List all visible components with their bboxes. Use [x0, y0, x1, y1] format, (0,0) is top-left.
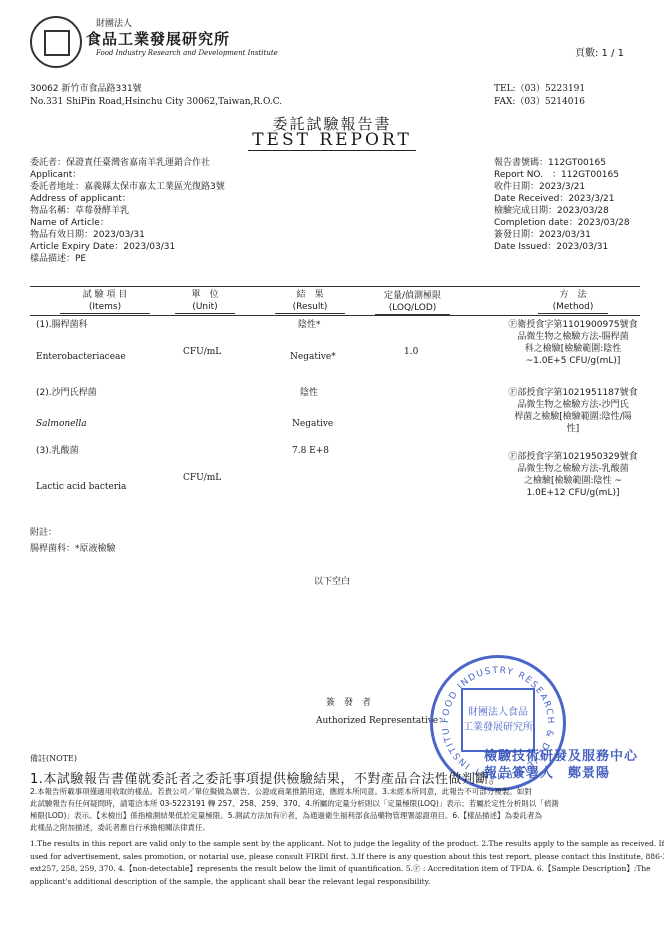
th-loq: 定量/偵測極限 (LOQ/LOD) [375, 290, 450, 315]
th-loq-en: (LOQ/LOD) [375, 302, 450, 315]
remarks-label: 附註： [30, 527, 57, 539]
report-title-en-text: TEST REPORT [248, 130, 416, 151]
seal-center: 財團法人食品 工業發展研究所 [461, 688, 535, 752]
th-result-en: (Result) [275, 301, 345, 314]
date-received-en: Date Received：2023/3/21 [494, 193, 630, 205]
institute-logo [30, 16, 82, 68]
result-en: Negative [292, 418, 333, 430]
completion-en: Completion date：2023/03/28 [494, 217, 630, 229]
th-result-cn: 結 果 [275, 289, 345, 301]
expiry-cn: 物品有效日期：2023/03/31 [30, 229, 225, 241]
method-line: Ⓕ部授食字第1021951187號食 [498, 387, 648, 399]
seal-line: 工業發展研究所 [463, 720, 533, 735]
info-right: 報告書號碼：112GT00165 Report NO. ：112GT00165 … [494, 157, 630, 253]
method-line: 科之檢驗[檢驗範圍:陰性 [498, 343, 648, 355]
address-cn: 30062 新竹市食品路331號 [30, 83, 142, 95]
item-en: Lactic acid bacteria [36, 481, 126, 493]
method-line: 品微生物之檢驗方法-腸桿菌 [498, 331, 648, 343]
method-line: Ⓕ部授食字第1021950329號食 [498, 451, 648, 463]
result-cn: 陰性* [298, 319, 321, 331]
unit: CFU/mL [183, 472, 221, 484]
result-en: Negative* [290, 351, 336, 363]
item-cn: (1).腸桿菌科 [36, 319, 88, 331]
item-cn: (2).沙門氏桿菌 [36, 387, 97, 399]
th-result: 結 果 (Result) [275, 289, 345, 314]
th-method-en: (Method) [538, 301, 608, 314]
th-unit-cn: 單 位 [175, 289, 235, 301]
expiry-en: Article Expiry Date：2023/03/31 [30, 241, 225, 253]
report-no-cn: 報告書號碼：112GT00165 [494, 157, 630, 169]
th-items-en: (Items) [60, 301, 150, 314]
blank-below: 以下空白 [0, 576, 664, 588]
result: 7.8 E+8 [292, 445, 329, 457]
table-header-rule [30, 315, 640, 316]
issued-cn: 簽發日期：2023/03/31 [494, 229, 630, 241]
method-line: 之檢驗[檢驗範圍:陰性 ~ [498, 475, 648, 487]
notes-en: 1.The results in this report are valid o… [30, 838, 650, 888]
item-en: Enterobacteriaceae [36, 351, 126, 363]
applicant-en: Applicant： [30, 169, 225, 181]
notes-cn: 2.本報告所載事項僅適用收取的樣品。若貴公司／單位擬做為廣告、公證或商業推銷用途… [30, 786, 650, 834]
authorized-label-cn: 簽 發 者 [326, 697, 371, 709]
th-items: 試 驗 項 目 (Items) [60, 289, 150, 314]
th-items-cn: 試 驗 項 目 [60, 289, 150, 301]
th-loq-cn: 定量/偵測極限 [375, 290, 450, 302]
article-name-cn: 物品名稱：草莓發酵羊乳 [30, 205, 225, 217]
completion-cn: 檢驗完成日期：2023/03/28 [494, 205, 630, 217]
notes-main: 1.本試驗報告書僅就委託者之委託事項提供檢驗結果，不對產品合法性做判斷。 [30, 768, 502, 787]
notes-label: 備註(NOTE) [30, 753, 77, 764]
th-unit-en: (Unit) [175, 301, 235, 314]
method-line: Ⓕ衛授食字第1101900975號食 [498, 319, 648, 331]
method-line: 桿菌之檢驗[檢驗範圍:陰性/陽 [498, 411, 648, 423]
item-cn: (3).乳酸菌 [36, 445, 79, 457]
th-unit: 單 位 (Unit) [175, 289, 235, 314]
remarks-text: 腸桿菌科：*原液檢驗 [30, 543, 116, 555]
date-received-cn: 收件日期：2023/3/21 [494, 181, 630, 193]
th-method-cn: 方 法 [538, 289, 608, 301]
address-applicant-cn: 委託者地址：嘉義縣太保市嘉太工業區光復路3號 [30, 181, 225, 193]
method: Ⓕ部授食字第1021951187號食 品微生物之檢驗方法-沙門氏 桿菌之檢驗[檢… [498, 387, 648, 435]
table-top-rule [30, 286, 640, 287]
article-name-en: Name of Article： [30, 217, 225, 229]
tel: TEL:（03）5223191 [494, 83, 585, 95]
signer-name: 報告簽署人 鄭景陽 [484, 762, 610, 781]
report-no-en: Report NO. ：112GT00165 [494, 169, 630, 181]
method-line: ~1.0E+5 CFU/g(mL)] [498, 355, 648, 367]
applicant-cn: 委託者：保證責任臺灣省嘉南羊乳運銷合作社 [30, 157, 225, 169]
authorized-label-en: Authorized Representative： [316, 715, 447, 727]
institute-name-en: Food Industry Research and Development I… [96, 49, 278, 57]
method: Ⓕ衛授食字第1101900975號食 品微生物之檢驗方法-腸桿菌 科之檢驗[檢驗… [498, 319, 648, 367]
note-line: 此試驗報告有任何疑問時，請電洽本所 03-5223191 轉 257、258、2… [30, 798, 650, 810]
loq: 1.0 [404, 346, 418, 358]
method-line: 品微生物之檢驗方法-乳酸菌 [498, 463, 648, 475]
note-line: 此樣品之附加描述，委託者應自行承擔相關法律責任。 [30, 822, 650, 834]
item-en: Salmonella [36, 418, 87, 430]
unit: CFU/mL [183, 346, 221, 358]
note-line: applicant's additional description of th… [30, 876, 650, 889]
page-number: 頁數: 1 / 1 [575, 44, 624, 59]
method-line: 性] [498, 423, 648, 435]
info-left: 委託者：保證責任臺灣省嘉南羊乳運銷合作社 Applicant： 委託者地址：嘉義… [30, 157, 225, 265]
th-method: 方 法 (Method) [538, 289, 608, 314]
method: Ⓕ部授食字第1021950329號食 品微生物之檢驗方法-乳酸菌 之檢驗[檢驗範… [498, 451, 648, 499]
address-en: No.331 ShiPin Road,Hsinchu City 30062,Ta… [30, 96, 282, 108]
issued-en: Date Issued：2023/03/31 [494, 241, 630, 253]
result-cn: 陰性 [300, 387, 318, 399]
report-title-en: TEST REPORT [0, 130, 664, 150]
fax: FAX:（03）5214016 [494, 96, 585, 108]
note-line: 極限(LOD)」表示。【未檢出】係指檢測結果低於定量極限。5.測試方法加有Ⓕ者，… [30, 810, 650, 822]
logo-emblem [44, 30, 70, 56]
note-line: 2.本報告所載事項僅適用收取的樣品。若貴公司／單位擬做為廣告、公證或商業推銷用途… [30, 786, 650, 798]
method-line: 品微生物之檢驗方法-沙門氏 [498, 399, 648, 411]
note-line: 1.The results in this report are valid o… [30, 838, 650, 851]
note-line: used for advertisement, sales promotion,… [30, 851, 650, 864]
institute-name: 食品工業發展研究所 [86, 28, 230, 49]
method-line: 1.0E+12 CFU/g(mL)] [498, 487, 648, 499]
seal-line: 財團法人食品 [463, 705, 533, 720]
address-applicant-en: Address of applicant： [30, 193, 225, 205]
sample-description: 樣品描述：PE [30, 253, 225, 265]
note-line: ext257, 258, 259, 370. 4.【non-detectable… [30, 863, 650, 876]
